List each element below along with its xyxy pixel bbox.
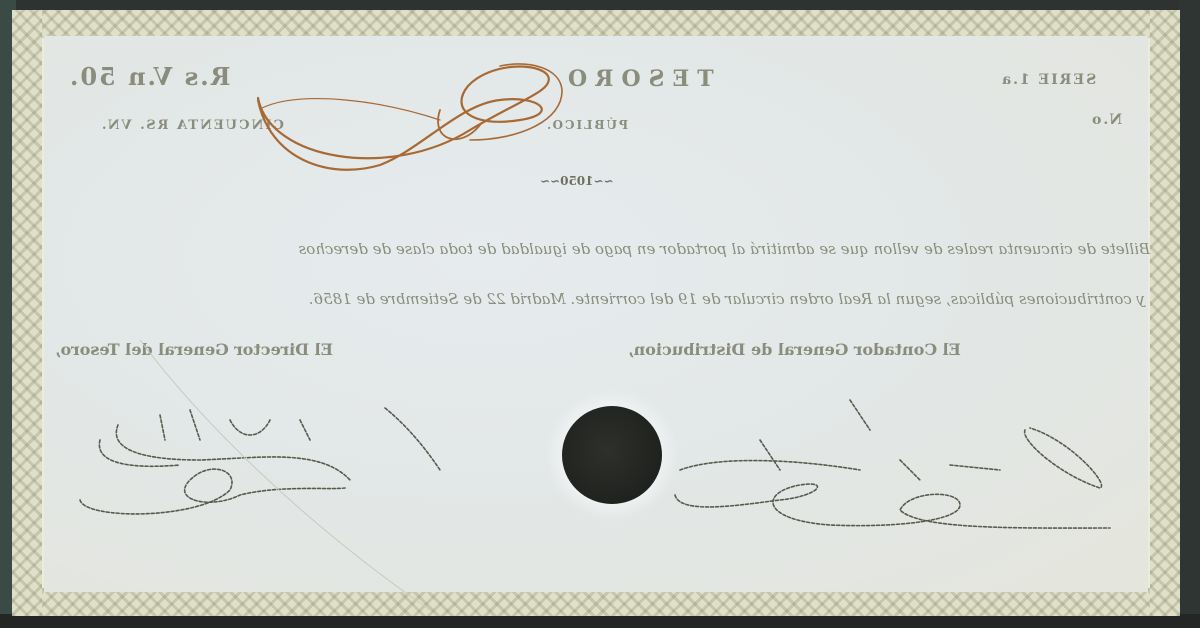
signature-right-icon bbox=[675, 400, 1110, 528]
ink-flourishes bbox=[0, 0, 1200, 628]
paraph-flourish-icon bbox=[258, 64, 562, 170]
faint-diagonal-stroke bbox=[140, 340, 430, 610]
signature-left-icon bbox=[80, 408, 440, 514]
wax-seal-hole bbox=[562, 406, 662, 504]
